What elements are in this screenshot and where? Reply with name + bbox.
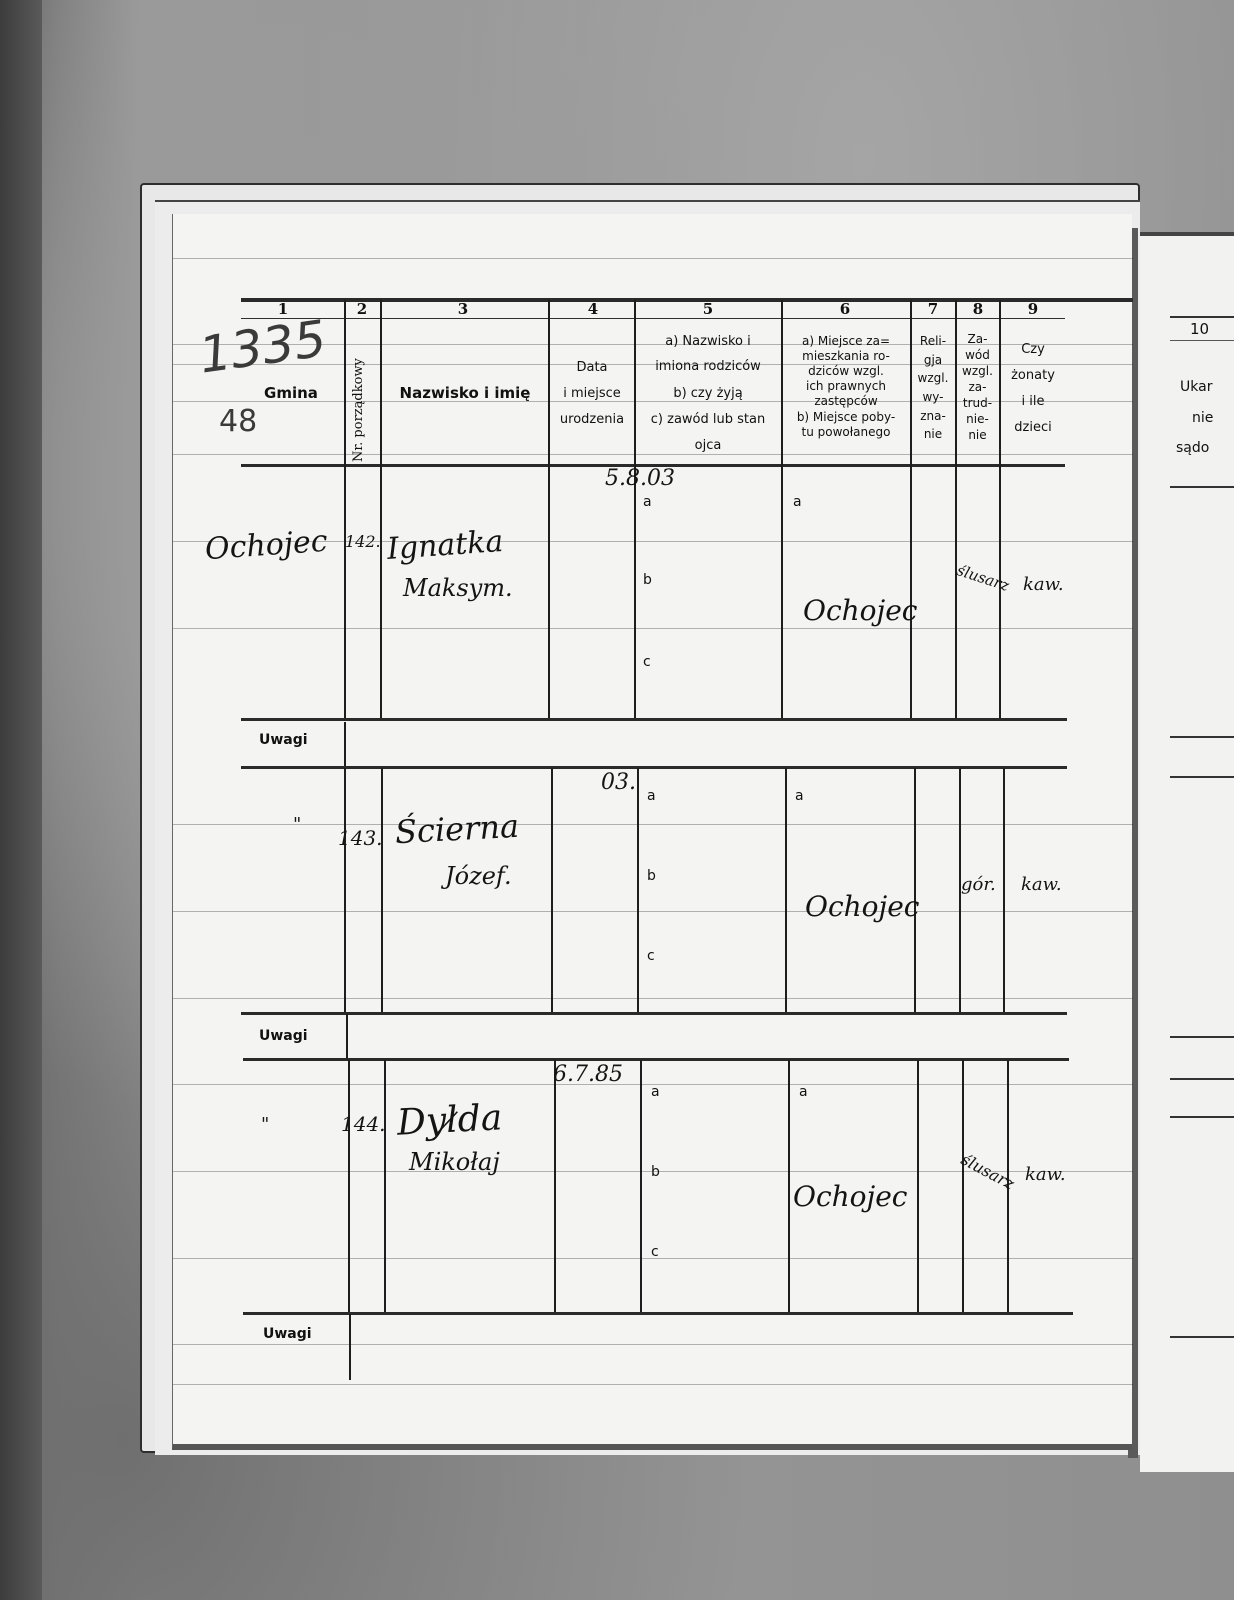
- remarks-divider: [349, 1314, 351, 1380]
- remarks-divider: [344, 722, 346, 766]
- ruled-line: [173, 628, 1133, 629]
- sub-label-a: a: [793, 494, 802, 510]
- header-marital-line: Czy: [1001, 342, 1065, 357]
- header-data-line: Data: [549, 360, 635, 375]
- sub-label-a: a: [799, 1084, 808, 1100]
- birth-date: 03.: [601, 770, 636, 795]
- header-occupation-line: Za-: [956, 332, 999, 347]
- residence: Ochojec: [805, 890, 919, 923]
- residence: Ochojec: [793, 1180, 907, 1213]
- record-number: 142.: [345, 532, 381, 551]
- row-top-border: [241, 766, 1067, 769]
- gmina-value: ": [261, 1114, 269, 1135]
- ruled-line: [173, 824, 1133, 825]
- sub-label-c: c: [643, 654, 651, 670]
- col-divider-1: [344, 768, 346, 1012]
- adjacent-rule: [1170, 316, 1234, 318]
- header-residence-line: ich prawnych: [782, 379, 910, 394]
- ruled-line: [173, 1384, 1133, 1385]
- sub-label-b: b: [643, 572, 652, 588]
- surname: Ignatka: [386, 524, 505, 567]
- col-divider-7: [962, 1060, 964, 1312]
- col-divider-4: [637, 768, 639, 1012]
- sub-label-a: a: [643, 494, 652, 510]
- col-divider-7: [955, 300, 957, 720]
- col-divider-6: [917, 1060, 919, 1312]
- header-parents-line: b) czy żyją: [635, 386, 781, 401]
- adjacent-rule: [1170, 1036, 1234, 1038]
- sub-label-c: c: [647, 948, 655, 964]
- header-parents-line: a) Nazwisko i: [635, 334, 781, 349]
- col-divider-2: [380, 300, 382, 720]
- header-occupation-line: nie: [956, 428, 999, 443]
- row-bottom-border: [241, 1012, 1067, 1015]
- header-residence-line: b) Miejsce poby-: [782, 410, 910, 425]
- adjacent-rule: [1170, 1336, 1234, 1338]
- col-divider-1: [348, 1060, 350, 1312]
- record-number: 144.: [341, 1112, 386, 1136]
- header-parents-line: imiona rodziców: [635, 359, 781, 374]
- sub-label-b: b: [647, 868, 656, 884]
- header-religion-line: Reli-: [911, 334, 955, 349]
- record-number: 143.: [338, 826, 383, 850]
- col-divider-3: [554, 1060, 556, 1312]
- occupation: gór.: [961, 874, 996, 895]
- adjacent-rule: [1170, 340, 1234, 341]
- remarks-label: Uwagi: [259, 1028, 308, 1044]
- col-divider-2: [384, 1060, 386, 1312]
- header-religion-line: nie: [911, 427, 955, 442]
- col-divider-4: [640, 1060, 642, 1312]
- row-top-border: [243, 1058, 1069, 1061]
- header-parents-line: c) zawód lub stan: [635, 412, 781, 427]
- header-residence-line: a) Miejsce za=: [782, 334, 910, 349]
- header-nr-porzadkowy: Nr. porządkowy: [351, 322, 366, 462]
- column-number-4: 4: [563, 300, 623, 318]
- col-divider-5: [788, 1060, 790, 1312]
- sub-label-b: b: [651, 1164, 660, 1180]
- column-number-9: 9: [1003, 300, 1063, 318]
- header-occupation-line: trud-: [956, 396, 999, 411]
- adjacent-rule: [1170, 486, 1234, 488]
- header-religion-line: zna-: [911, 409, 955, 424]
- header-residence-line: zastępców: [782, 394, 910, 409]
- sub-label-c: c: [651, 1244, 659, 1260]
- surname: Ścierna: [394, 807, 520, 851]
- adjacent-rule: [1170, 1078, 1234, 1080]
- given-name: Maksym.: [403, 574, 513, 602]
- column-number-8: 8: [957, 300, 999, 318]
- header-marital-line: dzieci: [1001, 420, 1065, 435]
- header-occupation-line: za-: [956, 380, 999, 395]
- gmina-value: Ochojec: [204, 524, 329, 567]
- adjacent-column-number: 10: [1190, 320, 1209, 338]
- remarks-label: Uwagi: [263, 1326, 312, 1342]
- sub-label-a: a: [647, 788, 656, 804]
- col-divider-2: [381, 768, 383, 1012]
- given-name: Mikołaj: [409, 1148, 500, 1176]
- marital-status: kaw.: [1025, 1164, 1066, 1185]
- col-divider-5: [785, 768, 787, 1012]
- row-bottom-border: [241, 718, 1067, 721]
- adjacent-header-text: nie: [1192, 410, 1213, 426]
- residence: Ochojec: [803, 594, 917, 627]
- ruled-line: [173, 258, 1133, 259]
- adjacent-page: 10 Ukar nie sądo: [1140, 232, 1234, 1472]
- ruled-line: [173, 454, 1133, 455]
- header-residence-line: dziców wzgl.: [782, 364, 910, 379]
- gmina-value: ": [293, 814, 301, 835]
- adjacent-rule: [1170, 776, 1234, 778]
- page-number-annotation: 48: [219, 404, 257, 439]
- header-occupation-line: wód: [956, 348, 999, 363]
- header-data-line: i miejsce: [549, 386, 635, 401]
- col-divider-8: [1003, 768, 1005, 1012]
- given-name: Józef.: [445, 862, 512, 890]
- header-data-line: urodzenia: [549, 412, 635, 427]
- header-occupation-line: nie-: [956, 412, 999, 427]
- surname: Dyl̷da: [396, 1097, 503, 1143]
- header-religion-line: wy-: [911, 390, 955, 405]
- col-divider-8: [999, 300, 1001, 720]
- column-number-3: 3: [433, 300, 493, 318]
- column-number-5: 5: [678, 300, 738, 318]
- header-marital-line: i ile: [1001, 394, 1065, 409]
- adjacent-header-text: Ukar: [1180, 379, 1212, 395]
- row-bottom-border: [243, 1312, 1073, 1315]
- col-divider-1: [344, 300, 346, 720]
- birth-date: 5.8.03: [605, 466, 675, 491]
- header-religion-line: gja: [911, 353, 955, 368]
- sub-label-a: a: [795, 788, 804, 804]
- column-number-6: 6: [815, 300, 875, 318]
- col-divider-3: [551, 768, 553, 1012]
- header-nazwisko-i-imie: Nazwisko i imię: [385, 386, 545, 401]
- header-occupation-line: wzgl.: [956, 364, 999, 379]
- header-residence-line: mieszkania ro-: [782, 349, 910, 364]
- header-gmina: Gmina: [251, 386, 331, 401]
- marital-status: kaw.: [1023, 574, 1064, 595]
- occupation: ślusarz: [955, 561, 1012, 595]
- register-page: 1 2 3 4 5 6 7 8 9 Gmina Nr. porządkowy N…: [172, 214, 1132, 1450]
- adjacent-rule: [1170, 1116, 1234, 1118]
- birth-date: 6.7.85: [553, 1062, 623, 1087]
- column-number-rule: [241, 318, 1065, 319]
- header-parents-line: ojca: [635, 438, 781, 453]
- scan-background-strip: [0, 0, 42, 1600]
- remarks-divider: [346, 1014, 348, 1058]
- header-marital-line: żonaty: [1001, 368, 1065, 383]
- ruled-line: [173, 911, 1133, 912]
- adjacent-rule: [1170, 736, 1234, 738]
- ruled-line: [173, 998, 1133, 999]
- header-religion-line: wzgl.: [911, 371, 955, 386]
- folio-number-annotation: 1335: [196, 309, 330, 384]
- header-residence-line: tu powołanego: [782, 425, 910, 440]
- marital-status: kaw.: [1021, 874, 1062, 895]
- column-number-7: 7: [912, 300, 954, 318]
- ruled-line: [173, 1344, 1133, 1345]
- sub-label-a: a: [651, 1084, 660, 1100]
- adjacent-header-text: sądo: [1176, 440, 1209, 456]
- remarks-label: Uwagi: [259, 732, 308, 748]
- column-number-2: 2: [347, 300, 377, 318]
